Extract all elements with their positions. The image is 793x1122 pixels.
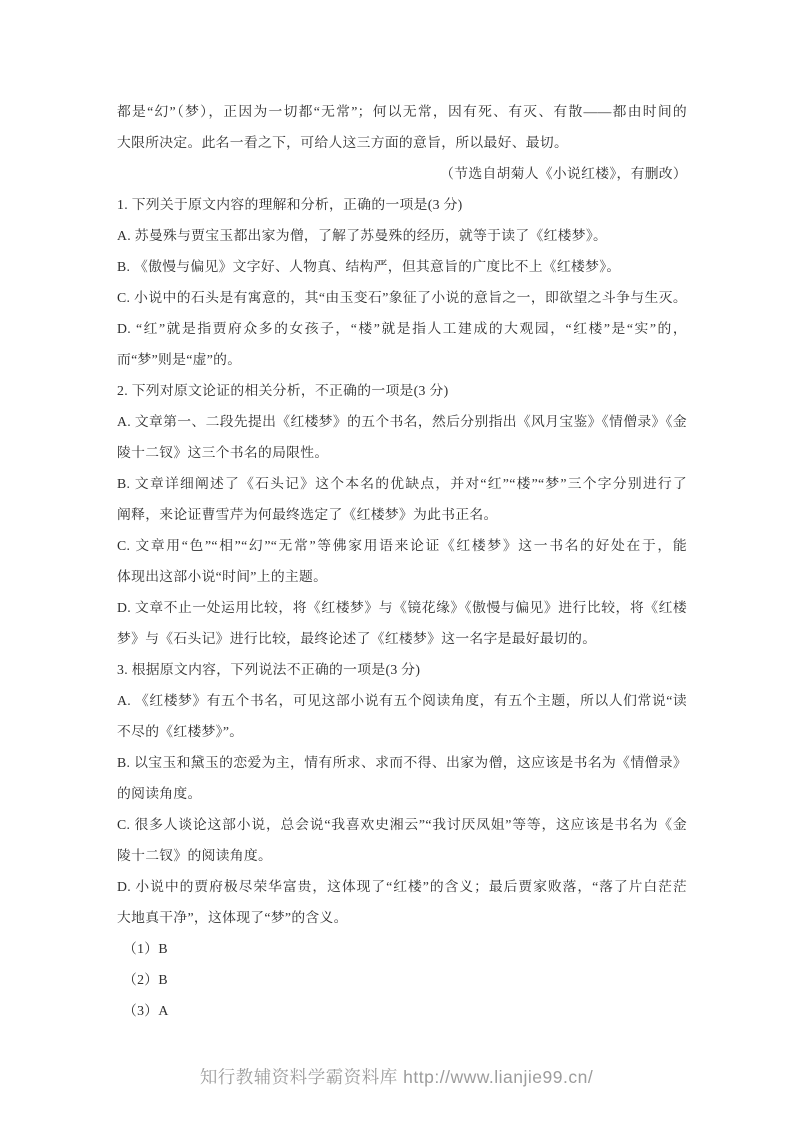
question-2-line: 阐释，来论证曹雪芹为何最终选定了《红楼梦》为此书正名。: [117, 499, 687, 530]
question-2-line: D. 文章不止一处运用比较，将《红楼梦》与《镜花缘》《傲慢与偏见》进行比较，将《…: [117, 592, 687, 623]
question-1-line: 而“梦”则是“虚”的。: [117, 344, 687, 375]
exam-document-page: 都是“幻”（梦），正因为一切都“无常”；何以无常，因有死、有灭、有散——都由时间…: [0, 0, 793, 1122]
document-content: 都是“幻”（梦），正因为一切都“无常”；何以无常，因有死、有灭、有散——都由时间…: [117, 96, 687, 1026]
question-3-line: 3. 根据原文内容，下列说法不正确的一项是(3 分): [117, 654, 687, 685]
question-2-line: B. 文章详细阐述了《石头记》这个本名的优缺点，并对“红”“楼”“梦”三个字分别…: [117, 468, 687, 499]
question-2-line: C. 文章用“色”“相”“幻”“无常”等佛家用语来论证《红楼梦》这一书名的好处在…: [117, 530, 687, 561]
question-3-line: 不尽的《红楼梦》”。: [117, 716, 687, 747]
question-3-line: C. 很多人谈论这部小说，总会说“我喜欢史湘云”“我讨厌凤姐”等等，这应该是书名…: [117, 809, 687, 840]
question-1-line: C. 小说中的石头是有寓意的，其“由玉变石”象征了小说的意旨之一，即欲望之斗争与…: [117, 282, 687, 313]
question-3-line: B. 以宝玉和黛玉的恋爱为主，情有所求、求而不得、出家为僧，这应该是书名为《情僧…: [117, 747, 687, 778]
passage-attribution-line: （节选自胡菊人《小说红楼》，有删改）: [117, 158, 687, 189]
question-2-line: 陵十二钗》这三个书名的局限性。: [117, 437, 687, 468]
answer-key-line: （1）B: [117, 933, 693, 964]
question-2-line: A. 文章第一、二段先提出《红楼梦》的五个书名，然后分别指出《风月宝鉴》《情僧录…: [117, 406, 687, 437]
question-3-line: 的阅读角度。: [117, 778, 687, 809]
passage-intro-line: 都是“幻”（梦），正因为一切都“无常”；何以无常，因有死、有灭、有散——都由时间…: [117, 96, 687, 127]
passage-intro-line: 大限所决定。此名一看之下，可给人这三方面的意旨，所以最好、最切。: [117, 127, 687, 158]
question-1-line: B. 《傲慢与偏见》文字好、人物真、结构严，但其意旨的广度比不上《红楼梦》。: [117, 251, 687, 282]
question-1-line: A. 苏曼殊与贾宝玉都出家为僧，了解了苏曼殊的经历，就等于读了《红楼梦》。: [117, 220, 687, 251]
question-3-line: 陵十二钗》的阅读角度。: [117, 840, 687, 871]
question-3-line: D. 小说中的贾府极尽荣华富贵，这体现了“红楼”的含义；最后贾家败落，“落了片白…: [117, 871, 687, 902]
question-3-line: 大地真干净”，这体现了“梦”的含义。: [117, 902, 687, 933]
question-2-line: 体现出这部小说“时间”上的主题。: [117, 561, 687, 592]
footer-watermark: 知行教辅资料学霸资料库 http://www.lianjie99.cn/: [0, 1064, 793, 1089]
answer-key-line: （3）A: [117, 995, 693, 1026]
question-1-line: D. “红”就是指贾府众多的女孩子，“楼”就是指人工建成的大观园，“红楼”是“实…: [117, 313, 687, 344]
question-3-line: A. 《红楼梦》有五个书名，可见这部小说有五个阅读角度，有五个主题，所以人们常说…: [117, 685, 687, 716]
question-1-line: 1. 下列关于原文内容的理解和分析，正确的一项是(3 分): [117, 189, 687, 220]
question-2-line: 2. 下列对原文论证的相关分析，不正确的一项是(3 分): [117, 375, 687, 406]
question-2-line: 梦》与《石头记》进行比较，最终论述了《红楼梦》这一名字是最好最切的。: [117, 623, 687, 654]
answer-key-line: （2）B: [117, 964, 693, 995]
footer-watermark-text: 知行教辅资料学霸资料库 http://www.lianjie99.cn/: [200, 1067, 593, 1087]
